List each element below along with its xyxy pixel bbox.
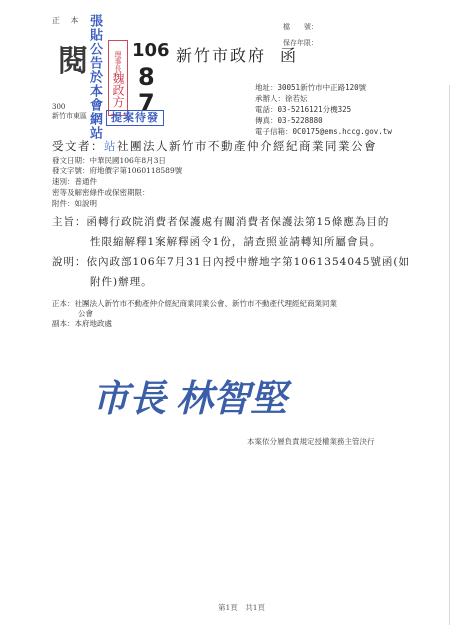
explanation-text: 依內政部106年7月31日內授中辦地字第1061354045號函(如 (87, 256, 410, 268)
retention-label: 保存年限： (283, 38, 318, 48)
attachment-note: 附件：如說明 (52, 198, 97, 209)
subject-label: 主旨： (52, 216, 87, 228)
received-date: 106 8 7 (132, 38, 170, 116)
postal-block: 300 新竹市東區 (52, 103, 87, 121)
file-number-label: 檔 號： (283, 22, 318, 32)
dispatch-stamp: 提案待發 (106, 110, 164, 126)
explanation-label: 說明： (52, 256, 87, 268)
recipient-stamp-char: 站 (104, 139, 117, 153)
read-mark: 閱 (58, 36, 88, 80)
page-number: 第1頁 共1頁 (218, 602, 265, 613)
primary-recipients: 正本：社團法人新竹市不動產仲介經紀商業同業公會、新竹市不動產代理經紀商業同業 (52, 299, 337, 309)
explanation-line-1: 說明：依內政部106年7月31日內授中辦地字第1061354045號函(如 (52, 254, 410, 270)
issuer-name: 新竹市政府 (176, 46, 266, 65)
signature-title: 市長 (92, 376, 166, 420)
contact-address: 地址：30051新竹市中正路120號 (255, 82, 392, 93)
contact-handler: 承辦人：徐若妘 (255, 93, 392, 104)
document-type: 函 (280, 46, 298, 65)
subject-line-1: 主旨：函轉行政院消費者保護處有關消費者保護法第15條應為目的 (52, 214, 389, 230)
postal-address: 新竹市東區 (52, 112, 87, 121)
secrecy-level: 密等及解密條件或保密期限： (52, 187, 150, 198)
contact-phone: 電話：03-5216121分機325 (255, 104, 392, 115)
recipient-label: 受文者： (52, 139, 104, 153)
contact-block: 地址：30051新竹市中正路120號 承辦人：徐若妘 電話：03-5216121… (255, 82, 392, 137)
mayor-signature: 市長林智堅 (92, 368, 287, 422)
postal-code: 300 (52, 103, 87, 112)
chairman-stamp: 理事長魏政方 (108, 40, 128, 116)
copy-label: 正 本 (52, 15, 83, 26)
received-year: 106 (132, 38, 170, 64)
authorization-note: 本案依分層負責規定授權業務主管決行 (247, 436, 375, 447)
chairman-stamp-name: 魏政方 (111, 72, 125, 108)
chairman-stamp-title: 理事長 (114, 51, 122, 72)
delivery-speed: 速別：普通件 (52, 176, 97, 187)
contact-fax: 傳真：03-5228880 (255, 115, 392, 126)
document-title: 新竹市政府函 (176, 43, 298, 66)
recipient-name: 社團法人新竹市不動產仲介經紀商業同業公會 (117, 139, 377, 153)
copy-recipients: 副本：本府地政處 (52, 319, 112, 329)
contact-email: 電子信箱：0C0175@ems.hccg.gov.tw (255, 126, 392, 137)
subject-line-2: 性限縮解釋1案解釋函令1份，請查照並請轉知所屬會員。 (90, 234, 381, 250)
dispatch-number: 發文字號：府地價字第1060118589號 (52, 165, 182, 176)
signature-name: 林智堅 (176, 376, 287, 420)
recipient: 受文者：站社團法人新竹市不動產仲介經紀商業同業公會 (52, 138, 377, 154)
subject-text: 函轉行政院消費者保護處有關消費者保護法第15條應為目的 (87, 216, 390, 228)
announcement-stamp: 張貼公告於本會網站 (88, 14, 102, 140)
received-month: 8 (138, 64, 170, 90)
primary-recipients-cont: 公會 (78, 309, 93, 319)
page-edge-line (449, 85, 450, 625)
explanation-line-2: 附件)辦理。 (90, 274, 153, 290)
